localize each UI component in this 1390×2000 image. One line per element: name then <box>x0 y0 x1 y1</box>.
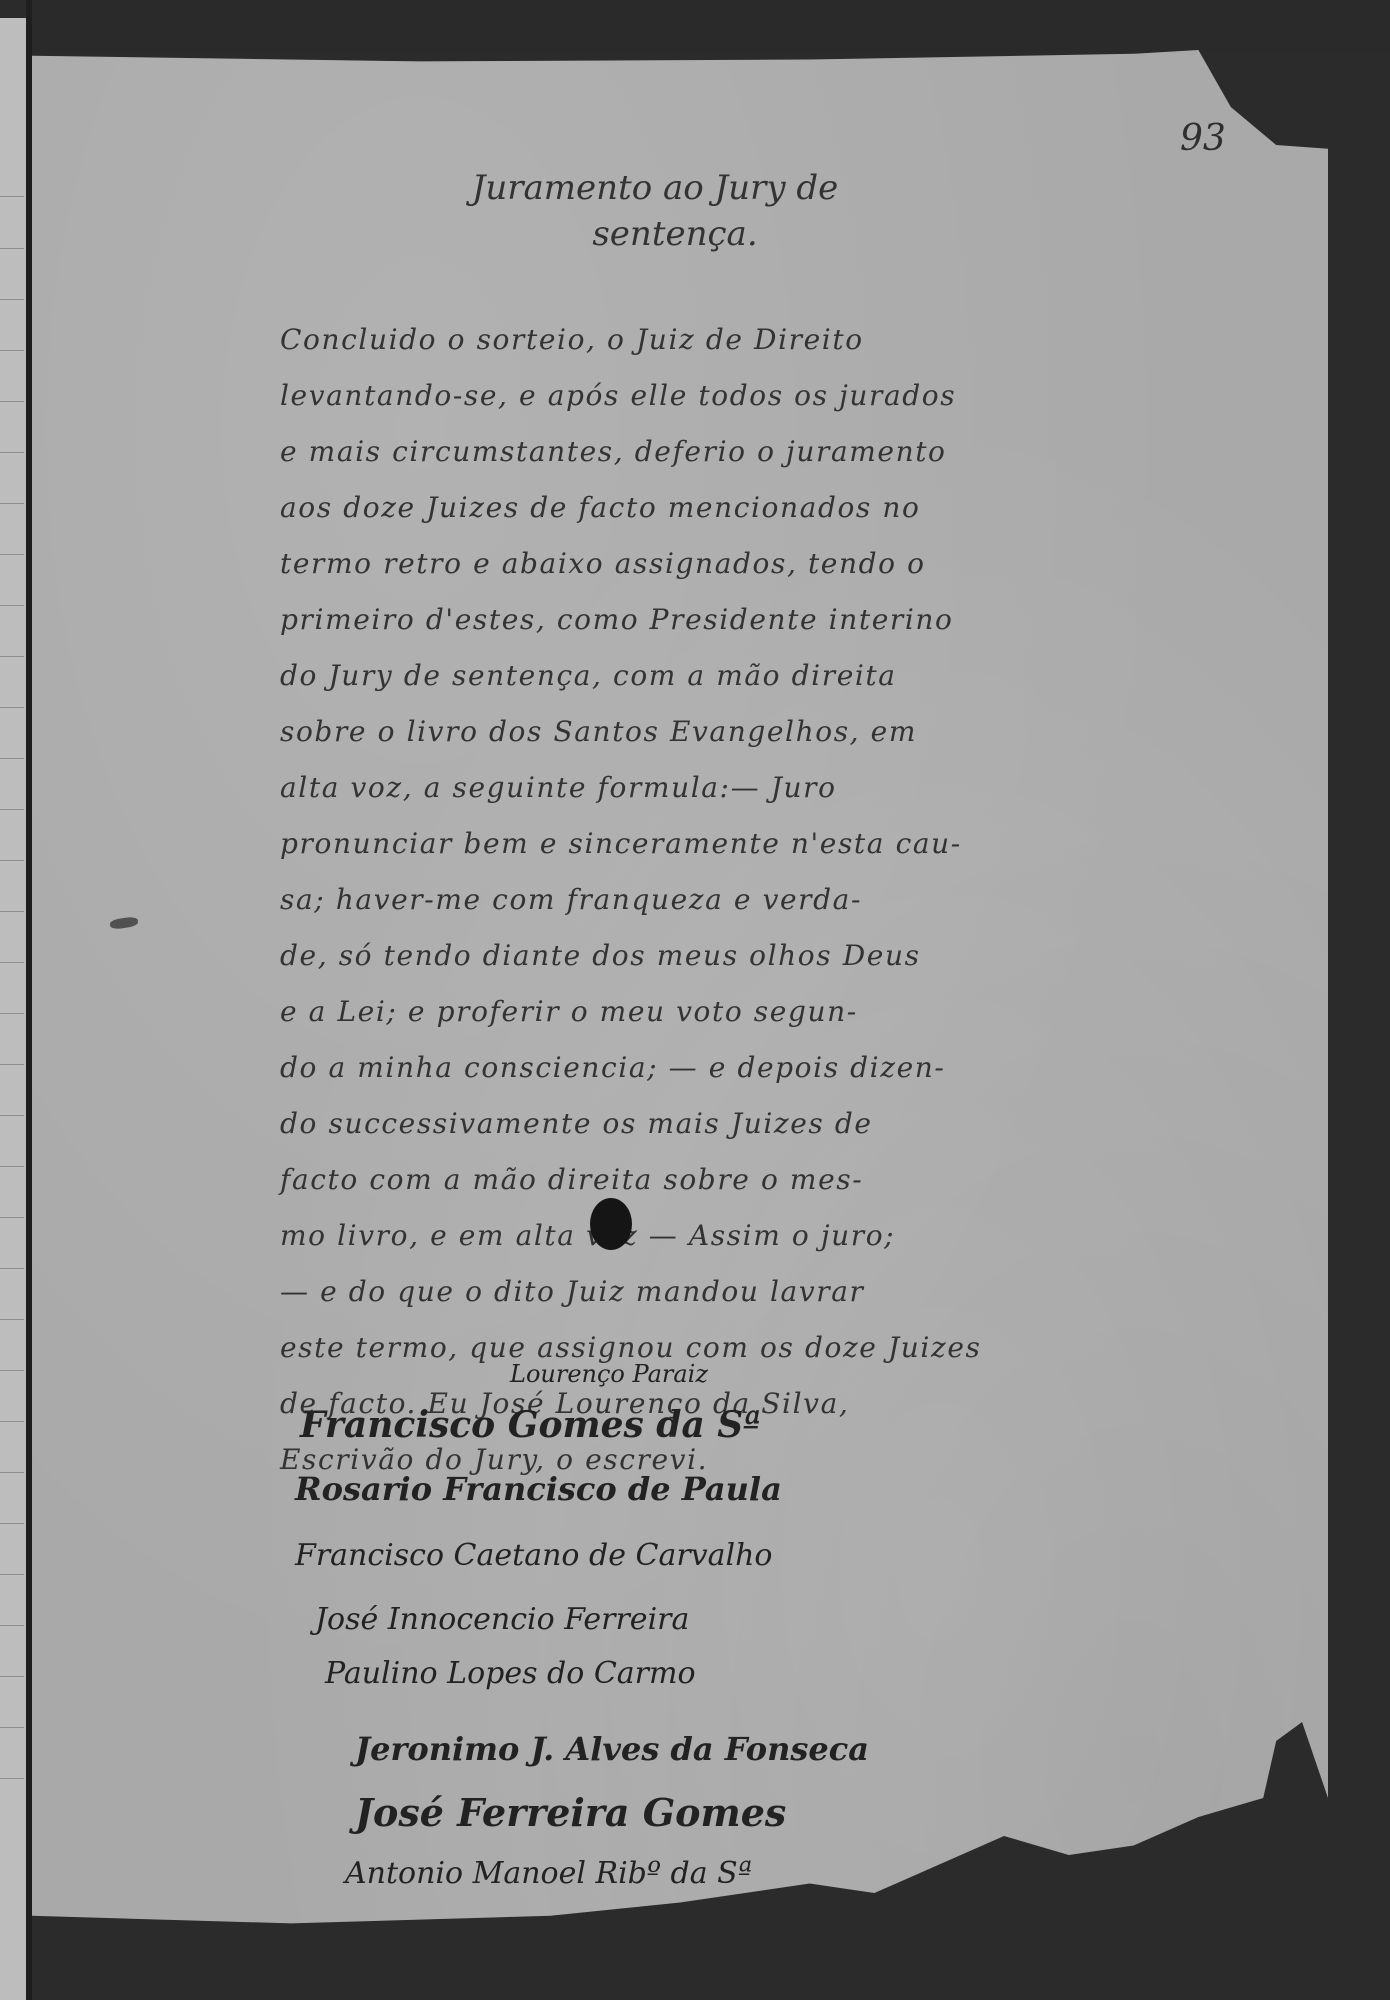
text-line: Concluido o sorteio, o Juiz de Direito <box>280 312 1140 368</box>
ruled-line <box>0 1676 24 1677</box>
ruled-line <box>0 1370 24 1371</box>
ruled-line <box>0 758 24 759</box>
text-line: facto com a mão direita sobre o mes- <box>280 1152 1140 1208</box>
ruled-line <box>0 911 24 912</box>
ruled-line <box>0 1013 24 1014</box>
body-text: Concluido o sorteio, o Juiz de Direito l… <box>280 312 1140 1488</box>
text-line: aos doze Juizes de facto mencionados no <box>280 480 1140 536</box>
ruled-line <box>0 605 24 606</box>
text-line: levantando-se, e após elle todos os jura… <box>280 368 1140 424</box>
text-line: primeiro d'estes, como Presidente interi… <box>280 592 1140 648</box>
text-line: do successivamente os mais Juizes de <box>280 1096 1140 1152</box>
document-title: Juramento ao Jury de sentença. <box>330 165 980 257</box>
ruled-line <box>0 554 24 555</box>
text-line: de, só tendo diante dos meus olhos Deus <box>280 928 1140 984</box>
ruled-line <box>0 1268 24 1269</box>
signature-juror: Paulino Lopes do Carmo <box>325 1656 696 1691</box>
text-line: do a minha consciencia; — e depois dizen… <box>280 1040 1140 1096</box>
ruled-line <box>0 1472 24 1473</box>
signature-juror: Rosario Francisco de Paula <box>295 1470 782 1508</box>
page-number: 93 <box>1180 118 1226 159</box>
binding-shadow <box>26 0 32 2000</box>
text-line: — e do que o dito Juiz mandou lavrar <box>280 1264 1140 1320</box>
ruled-line <box>0 1727 24 1728</box>
text-line: do Jury de sentença, com a mão direita <box>280 648 1140 704</box>
ruled-line <box>0 1778 24 1779</box>
ruled-line <box>0 1319 24 1320</box>
ruled-line <box>0 196 24 197</box>
ruled-line <box>0 401 24 402</box>
text-line: sobre o livro dos Santos Evangelhos, em <box>280 704 1140 760</box>
ruled-line <box>0 503 24 504</box>
ruled-line <box>0 1064 24 1065</box>
ruled-line <box>0 248 24 249</box>
signature-judge: Lourenço Paraiz <box>510 1360 708 1388</box>
ruled-line <box>0 1523 24 1524</box>
ruled-line <box>0 962 24 963</box>
ruled-line <box>0 1115 24 1116</box>
text-line: termo retro e abaixo assignados, tendo o <box>280 536 1140 592</box>
text-line: este termo, que assignou com os doze Jui… <box>280 1320 1140 1376</box>
ruled-line <box>0 1574 24 1575</box>
text-line: pronunciar bem e sinceramente n'esta cau… <box>280 816 1140 872</box>
text-line: mo livro, e em alta voz — Assim o juro; <box>280 1208 1140 1264</box>
signature-juror: Francisco Gomes da Sª <box>300 1404 761 1446</box>
signature-juror: Jeronimo J. Alves da Fonseca <box>355 1730 869 1768</box>
ruled-line <box>0 350 24 351</box>
signature-juror: José Innocencio Ferreira <box>315 1602 689 1637</box>
ruled-line <box>0 1625 24 1626</box>
ruled-line <box>0 1421 24 1422</box>
ruled-line <box>0 299 24 300</box>
ruled-line <box>0 860 24 861</box>
text-line: e mais circumstantes, deferio o jurament… <box>280 424 1140 480</box>
text-line: e a Lei; e proferir o meu voto segun- <box>280 984 1140 1040</box>
ruled-line <box>0 1166 24 1167</box>
signature-juror: Francisco Caetano de Carvalho <box>295 1538 773 1573</box>
title-line: Juramento ao Jury de <box>330 165 980 211</box>
signature-juror: José Ferreira Gomes <box>355 1790 786 1835</box>
ruled-line <box>0 809 24 810</box>
adjacent-page-edge <box>0 18 26 2000</box>
title-line: sentença. <box>330 211 980 257</box>
text-line: alta voz, a seguinte formula:— Juro <box>280 760 1140 816</box>
ruled-line <box>0 707 24 708</box>
text-line: sa; haver-me com franqueza e verda- <box>280 872 1140 928</box>
signature-juror: Antonio Manoel Ribº da Sª <box>345 1856 752 1891</box>
ruled-line <box>0 656 24 657</box>
ruled-line <box>0 1217 24 1218</box>
ruled-line <box>0 452 24 453</box>
ink-blot <box>590 1198 632 1250</box>
scan-background <box>32 0 1390 52</box>
